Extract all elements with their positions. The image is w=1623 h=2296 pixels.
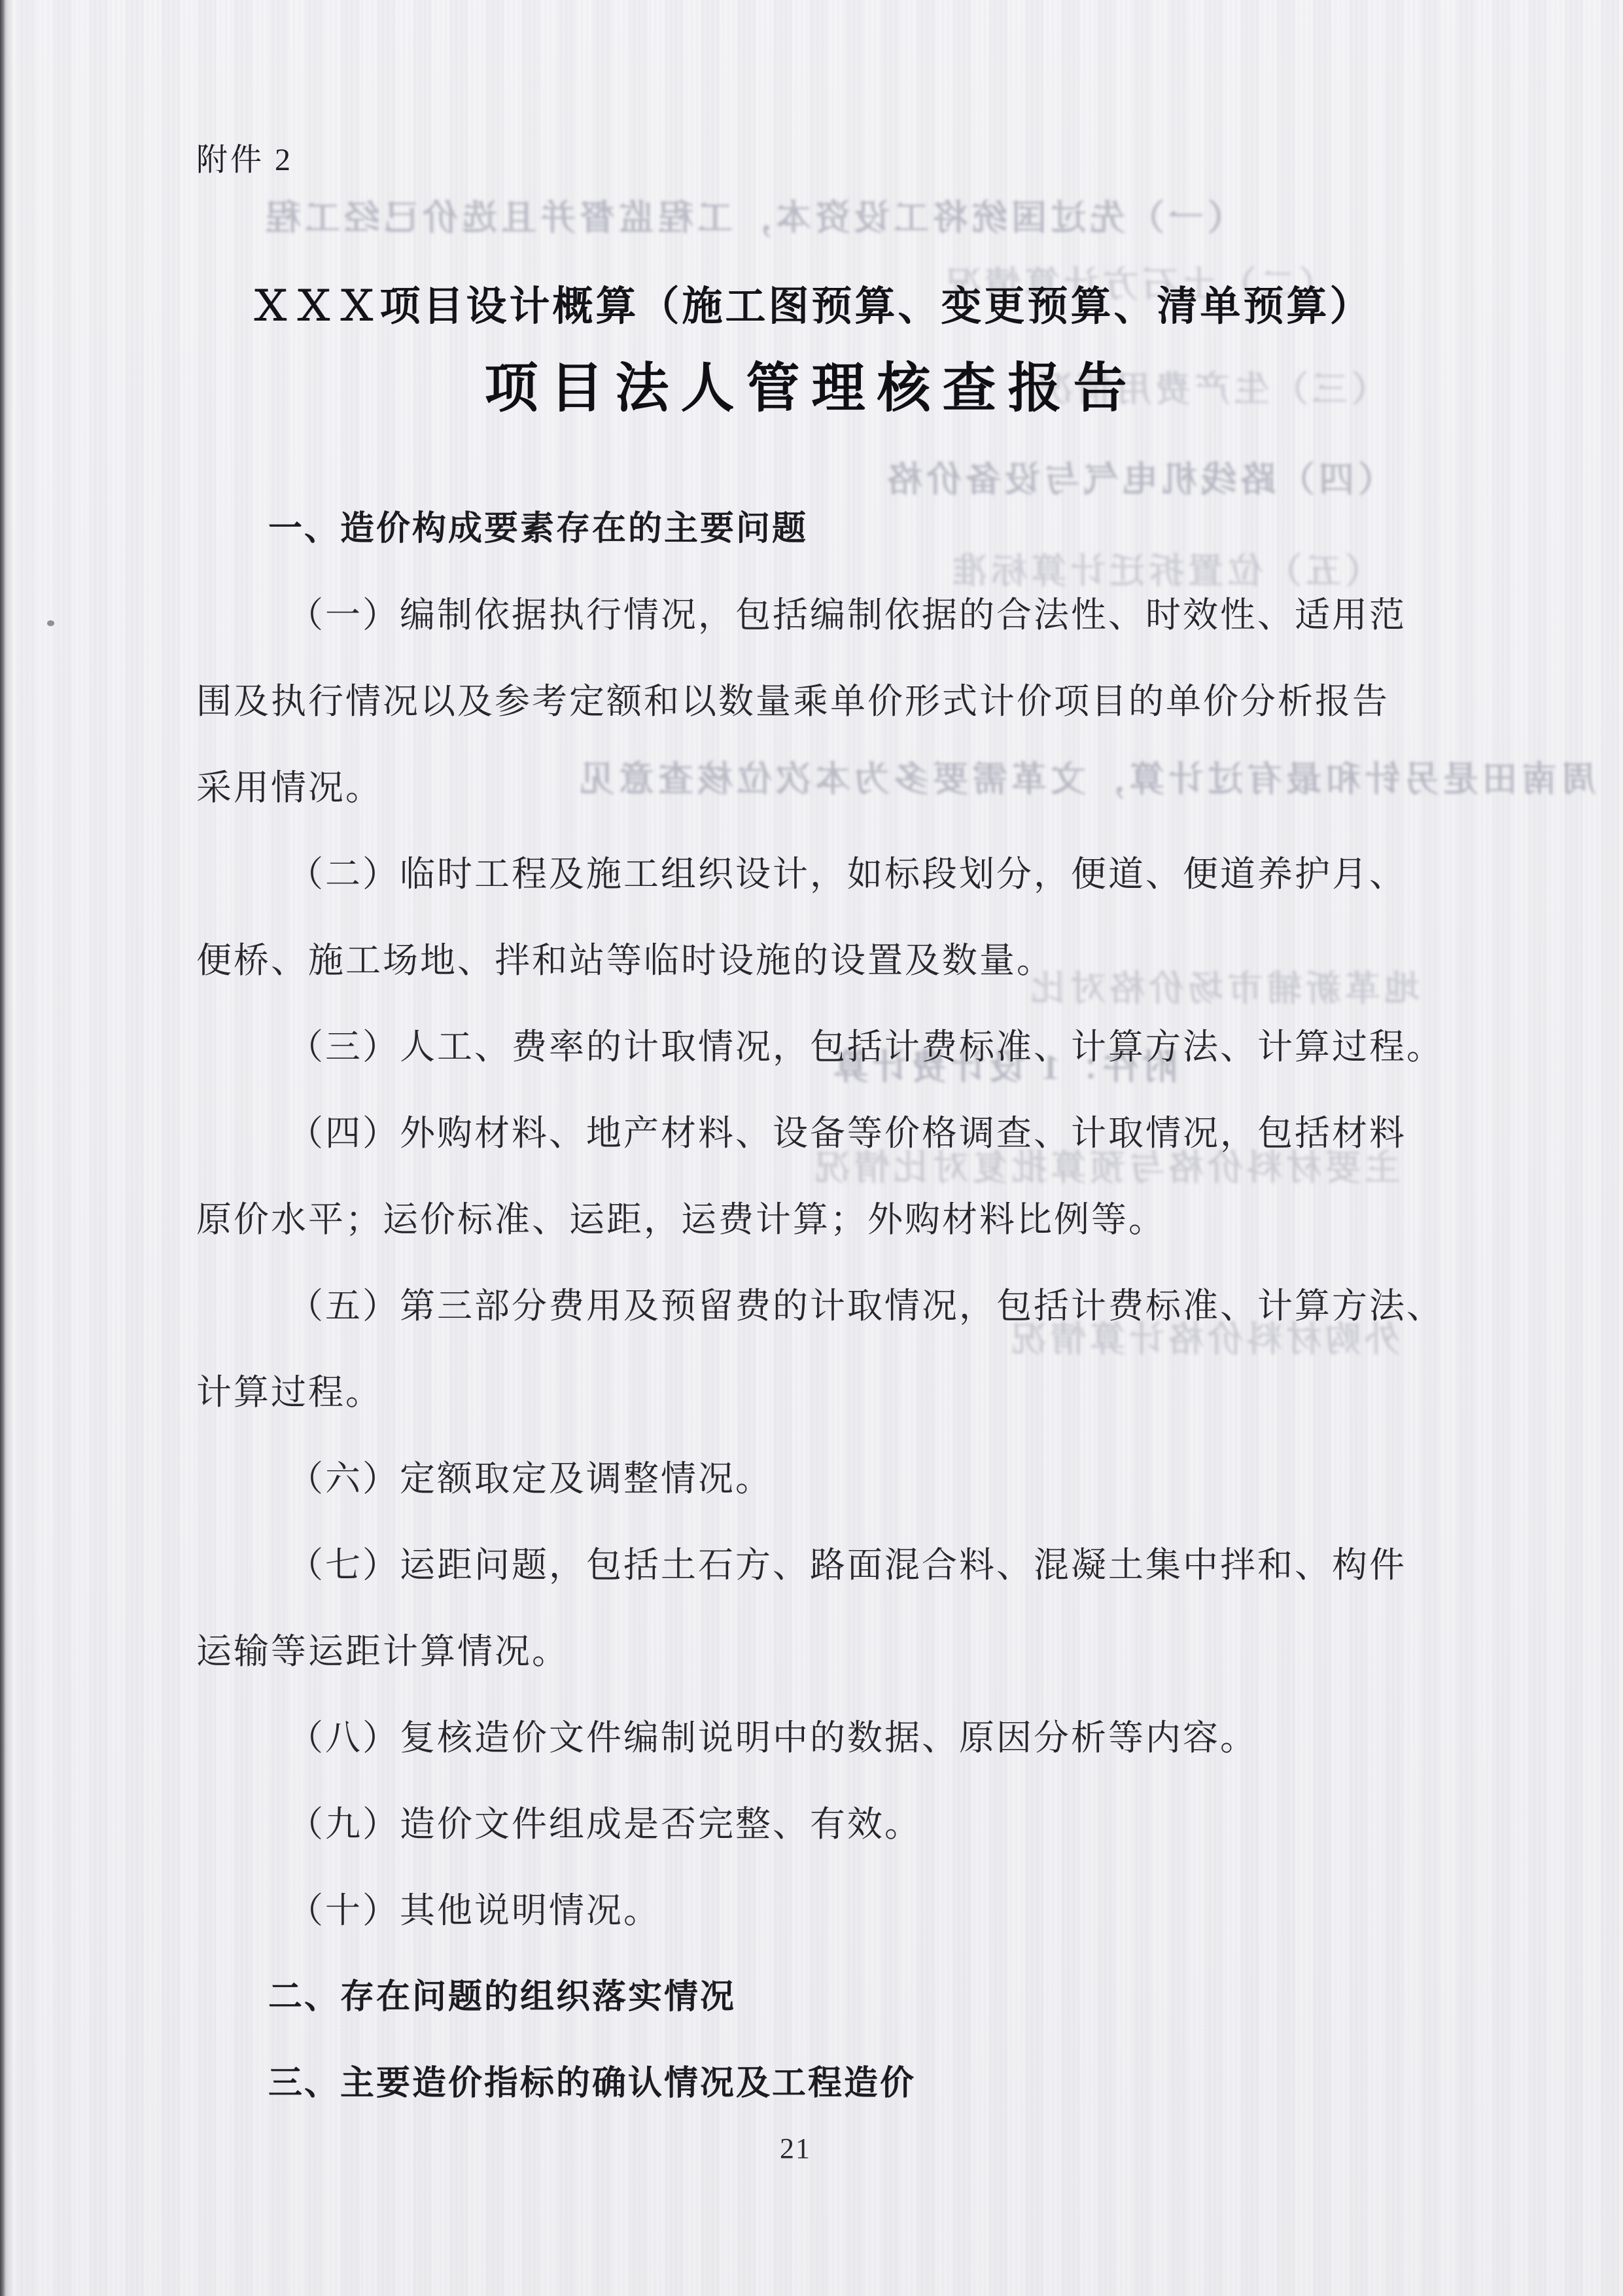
- paragraph-line: 原价水平；运价标准、运距，运费计算；外购材料比例等。: [196, 1176, 1426, 1263]
- paragraph-line: （十）其他说明情况。: [196, 1867, 1426, 1954]
- document-page: （一）先过国统将工设资本，工程监督并且选价已经工程 （二）土石方计算情况 （三）…: [0, 0, 1623, 2296]
- paragraph-line: （八）复核造价文件编制说明中的数据、原因分析等内容。: [196, 1695, 1426, 1781]
- paragraph-line: （六）定额取定及调整情况。: [196, 1436, 1426, 1522]
- paragraph-line: （一）编制依据执行情况，包括编制依据的合法性、时效性、适用范: [196, 572, 1426, 658]
- paragraph-line: 采用情况。: [196, 745, 1426, 831]
- document-title-line1: ＸＸＸ项目设计概算（施工图预算、变更预算、清单预算）: [0, 274, 1623, 332]
- section-heading: 二、存在问题的组织落实情况: [196, 1954, 1426, 2040]
- paragraph-line: 便桥、施工场地、拌和站等临时设施的设置及数量。: [196, 917, 1426, 1004]
- paragraph-line: 围及执行情况以及参考定额和以数量乘单价形式计价项目的单价分析报告: [196, 658, 1426, 745]
- paragraph-line: （四）外购材料、地产材料、设备等价格调查、计取情况，包括材料: [196, 1090, 1426, 1176]
- scan-edge: [0, 0, 13, 2296]
- paragraph-line: （三）人工、费率的计取情况，包括计费标准、计算方法、计算过程。: [196, 1004, 1426, 1090]
- paragraph-line: 计算过程。: [196, 1349, 1426, 1436]
- bleed-through-text: （一）先过国统将工设资本，工程监督并且选价已经工程: [275, 190, 1243, 240]
- document-body: 一、造价构成要素存在的主要问题 （一）编制依据执行情况，包括编制依据的合法性、时…: [196, 486, 1426, 2127]
- paragraph-line: （二）临时工程及施工组织设计，如标段划分，便道、便道养护月、: [196, 831, 1426, 917]
- section-heading: 一、造价构成要素存在的主要问题: [196, 486, 1426, 572]
- page-number: 21: [780, 2132, 811, 2165]
- paragraph-line: （七）运距问题，包括土石方、路面混合料、混凝土集中拌和、构件: [196, 1522, 1426, 1608]
- paragraph-line: 运输等运距计算情况。: [196, 1608, 1426, 1695]
- document-title-line2: 项目法人管理核查报告: [0, 345, 1623, 422]
- scan-speck: [47, 620, 54, 626]
- attachment-label: 附件 2: [196, 134, 293, 179]
- paragraph-line: （五）第三部分费用及预留费的计取情况，包括计费标准、计算方法、: [196, 1263, 1426, 1349]
- section-heading: 三、主要造价指标的确认情况及工程造价: [196, 2040, 1426, 2127]
- paragraph-line: （九）造价文件组成是否完整、有效。: [196, 1781, 1426, 1867]
